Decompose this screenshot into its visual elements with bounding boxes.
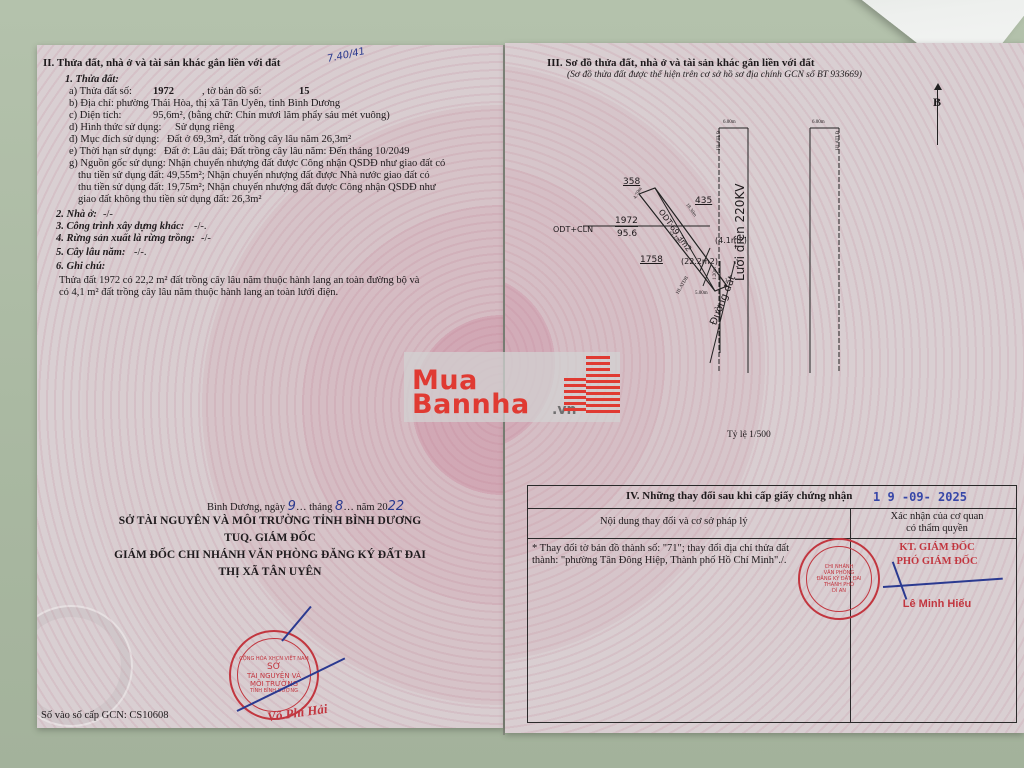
issue-date: Bình Dương, ngày 9… tháng 8… năm 2022 — [207, 500, 404, 514]
change-entry-line-2: thành: "phường Tân Đông Hiệp, Thành phố … — [532, 554, 787, 567]
change-date-stamp: 1 9 -09- 2025 — [873, 490, 967, 504]
hlatld-label-2: HLATLĐ — [836, 131, 841, 150]
stamp-text: THÀNH PHỐ — [824, 582, 854, 588]
parcel-area: 95.6 — [617, 229, 637, 239]
dim-bottom: 5.00m — [695, 291, 708, 296]
forest-value: -/- — [201, 232, 211, 245]
origin-line-4: giao đất không thu tiền sử dụng đất: 26,… — [78, 193, 262, 206]
notes-heading: 6. Ghi chú: — [56, 260, 105, 273]
stamp-text: TÀI NGUYÊN VÀ — [247, 672, 301, 680]
stamp-text: ĐĂNG KÝ ĐẤT ĐAI — [817, 576, 862, 582]
col-confirm-header-2: có thẩm quyền — [858, 523, 1016, 534]
authority-line-1: SỞ TÀI NGUYÊN VÀ MÔI TRƯỜNG TỈNH BÌNH DƯ… — [37, 515, 503, 527]
date-year-label: năm 20 — [356, 502, 387, 513]
stamp-text: CHI NHÁNH — [825, 564, 854, 570]
authority-line-2: TUQ. GIÁM ĐỐC — [37, 532, 503, 544]
col-content-header: Nội dung thay đổi và cơ sở pháp lý — [600, 516, 748, 527]
approver-name: Lê Minh Hiếu — [858, 598, 1016, 610]
registry-label: Số vào sổ cấp GCN: — [41, 710, 127, 721]
stamp-text: DĨ AN — [832, 588, 846, 594]
scale-label: Tỷ lệ 1/500 — [727, 429, 771, 442]
neighbor-parcel-435: 435 — [695, 195, 712, 208]
changes-header-row: Nội dung thay đổi và cơ sở pháp lý Xác n… — [528, 508, 1016, 539]
registry-number: Số vào sổ cấp GCN: CS10608 — [41, 709, 168, 722]
registry-value: CS10608 — [129, 710, 168, 721]
notes-line-2: có 4,1 m² đất trồng cây lâu năm thuộc hà… — [59, 286, 338, 299]
corridor-width-2: 6.00m — [812, 120, 825, 125]
building-icon — [586, 356, 610, 414]
authority-line-4: THỊ XÃ TÂN UYÊN — [37, 566, 503, 578]
date-month-label: tháng — [309, 502, 332, 513]
section-title-ii: II. Thửa đất, nhà ở và tài sản khác gắn … — [43, 57, 280, 70]
handwritten-note: 7.40/41 — [326, 46, 366, 65]
date-month: 8 — [335, 499, 343, 514]
changes-title-row: IV. Những thay đổi sau khi cấp giấy chứn… — [528, 486, 1016, 509]
changes-table: IV. Những thay đổi sau khi cấp giấy chứn… — [527, 485, 1017, 723]
col-confirm-header-1: Xác nhận của cơ quan — [858, 511, 1016, 522]
date-day: 9 — [288, 499, 296, 514]
date-year: 22 — [388, 499, 405, 514]
parcel-id: 1972 — [615, 216, 638, 227]
changes-title: IV. Những thay đổi sau khi cấp giấy chứn… — [626, 490, 852, 502]
hlatld-label-1: HLATLĐ — [717, 131, 722, 150]
perennial-label: 5. Cây lâu năm: — [56, 246, 125, 259]
forest-label: 4. Rừng sản xuất là rừng trồng: — [56, 232, 195, 245]
land-use-code: ODT+CLN — [553, 225, 593, 234]
building-icon — [564, 378, 586, 414]
building-icon — [610, 374, 620, 414]
dim-side: 1.20m — [713, 267, 718, 280]
power-line-label: Lưới điện 220KV — [733, 183, 747, 281]
perennial-value: -/-. — [134, 246, 147, 259]
neighbor-parcel-1758: 1758 — [640, 254, 663, 267]
watermark-logo: Mua Bannha .vn — [404, 352, 620, 422]
approver-title-2: PHÓ GIÁM ĐỐC — [858, 556, 1016, 567]
stamp-text: CỘNG HÒA XHCN VIỆT NAM — [239, 656, 308, 662]
corridor-width-1: 6.00m — [723, 120, 736, 125]
area-22-2: (22.2m2) — [681, 257, 718, 266]
watermark-line2: Bannha — [412, 392, 530, 418]
stamp-text: VĂN PHÒNG — [824, 570, 855, 576]
stamp-text: SỞ — [267, 662, 281, 672]
approver-signature-stroke — [892, 561, 907, 599]
approver-title-1: KT. GIÁM ĐỐC — [858, 542, 1016, 553]
authority-line-3: GIÁM ĐỐC CHI NHÁNH VĂN PHÒNG ĐĂNG KÝ ĐẤT… — [37, 549, 503, 561]
date-prefix: Bình Dương, ngày — [207, 502, 285, 513]
